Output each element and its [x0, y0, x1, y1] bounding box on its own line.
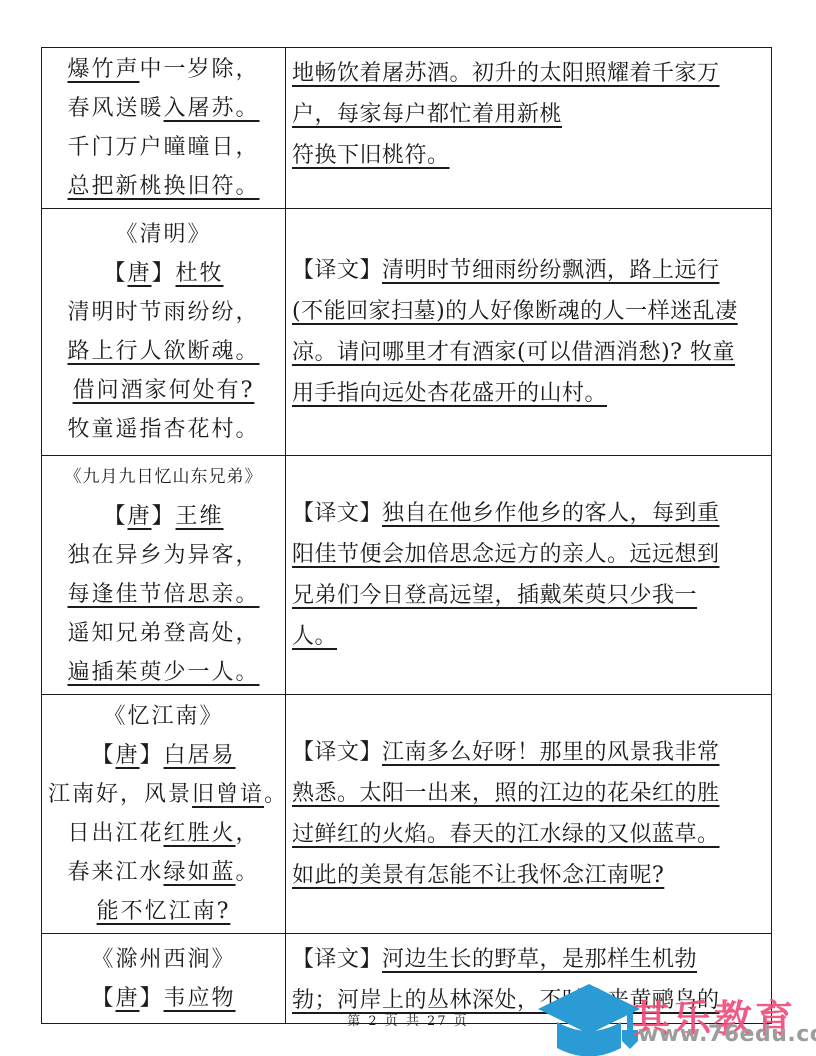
text-run: 《忆江南》: [103, 704, 223, 729]
poem-line: 路上行人欲断魂。: [48, 332, 279, 371]
text-run: 。: [236, 860, 260, 885]
poem-line: 【唐】王维: [48, 497, 279, 536]
table-row: 《忆江南》【唐】白居易江南好，风景旧曾谙。日出江花红胜火，春来江水绿如蓝。能不忆…: [42, 695, 772, 934]
translation-line: 阳佳节便会加倍思念远方的亲人。远远想到: [292, 534, 765, 575]
underlined-answer-text: 唐: [115, 743, 139, 768]
poem-line: 牧童遥指杏花村。: [48, 410, 279, 449]
translation-line: 【译文】清明时节细雨纷纷飘洒，路上远行: [292, 250, 765, 291]
text-run: 春风送暖: [67, 96, 163, 121]
translation-line: (不能回家扫墓)的人好像断魂的人一样迷乱凄: [292, 291, 765, 332]
text-run: 。: [264, 782, 285, 807]
poem-cell: 《忆江南》【唐】白居易江南好，风景旧曾谙。日出江花红胜火，春来江水绿如蓝。能不忆…: [42, 695, 286, 934]
underlined-answer-text: 遍插茱萸少一人。: [67, 660, 259, 685]
translation-line: 过鲜红的火焰。春天的江水绿的又似蓝草。: [292, 814, 765, 855]
underlined-answer-text: 江南多么好呀！那里的风景我非常: [382, 740, 720, 765]
text-run: 【: [91, 743, 115, 768]
underlined-answer-text: 熟悉。太阳一出来，照的江边的花朵红的胜: [292, 781, 720, 806]
poem-translation-table: 爆竹声中一岁除，春风送暖入屠苏。千门万户曈曈日，总把新桃换旧符。地畅饮着屠苏酒。…: [41, 47, 772, 1024]
document-page: 爆竹声中一岁除，春风送暖入屠苏。千门万户曈曈日，总把新桃换旧符。地畅饮着屠苏酒。…: [0, 0, 816, 1056]
underlined-answer-text: 唐: [115, 986, 139, 1011]
poem-line: 《滁州西涧》: [48, 940, 279, 979]
translation-cell: 【译文】江南多么好呀！那里的风景我非常熟悉。太阳一出来，照的江边的花朵红的胜过鲜…: [286, 695, 772, 934]
translation-line: 户，每家每户都忙着用新桃: [292, 94, 765, 135]
table-row: 《清明》【唐】杜牧清明时节雨纷纷，路上行人欲断魂。借问酒家何处有?牧童遥指杏花村…: [42, 209, 772, 456]
text-run: 独在异乡为异客，: [67, 543, 259, 568]
underlined-answer-text: 阳佳节便会加倍思念远方的亲人。远远想到: [292, 542, 720, 567]
poem-cell: 《九月九日忆山东兄弟》【唐】王维独在异乡为异客，每逢佳节倍思亲。遥知兄弟登高处，…: [42, 456, 286, 695]
translation-line: 用手指向远处杏花盛开的山村。: [292, 373, 765, 414]
table-row: 《九月九日忆山东兄弟》【唐】王维独在异乡为异客，每逢佳节倍思亲。遥知兄弟登高处，…: [42, 456, 772, 695]
text-run: 【: [103, 261, 127, 286]
text-run: 】: [140, 743, 164, 768]
text-run: 】: [140, 986, 164, 1011]
underlined-answer-text: 每逢佳节倍思亲。: [67, 582, 259, 607]
text-run: 【: [91, 986, 115, 1011]
poem-line: 清明时节雨纷纷，: [48, 293, 279, 332]
underlined-answer-text: (不能回家扫墓)的人好像断魂的人一样迷乱凄: [292, 299, 738, 324]
underlined-answer-text: 韦应物: [164, 986, 236, 1011]
text-run: 中一岁除，: [140, 57, 260, 82]
translation-line: 如此的美景有怎能不让我怀念江南呢?: [292, 855, 765, 896]
poem-line: 春风送暖入屠苏。: [48, 89, 279, 128]
translation-line: 地畅饮着屠苏酒。初升的太阳照耀着千家万: [292, 53, 765, 94]
poem-line: 遥知兄弟登高处，: [48, 614, 279, 653]
poem-line: 独在异乡为异客，: [48, 536, 279, 575]
poem-line: 《清明》: [48, 215, 279, 254]
underlined-answer-text: 符换下旧桃符。: [292, 143, 450, 168]
underlined-answer-text: 河边生长的野草，是那样生机勃: [382, 947, 697, 972]
translation-line: 熟悉。太阳一出来，照的江边的花朵红的胜: [292, 773, 765, 814]
underlined-answer-text: 独自在他乡作他乡的客人，每到重: [382, 501, 720, 526]
translation-line: 【译文】江南多么好呀！那里的风景我非常: [292, 732, 765, 773]
underlined-answer-text: 旧曾谙: [192, 782, 264, 807]
translation-line: 凉。请问哪里才有酒家(可以借酒消愁)? 牧童: [292, 332, 765, 373]
text-run: 春来江水: [67, 860, 163, 885]
text-run: 日出江花: [67, 821, 163, 846]
text-run: 《清明》: [115, 222, 211, 247]
poem-line: 江南好，风景旧曾谙。: [48, 775, 279, 814]
underlined-answer-text: 杜牧: [176, 261, 224, 286]
poem-line: 遍插茱萸少一人。: [48, 653, 279, 692]
underlined-answer-text: 用手指向远处杏花盛开的山村。: [292, 381, 607, 406]
text-run: 清明时节雨纷纷，: [67, 300, 259, 325]
page-number: 第 2 页 共 27 页: [0, 1010, 816, 1029]
underlined-answer-text: 借问酒家何处有?: [73, 378, 255, 403]
translation-cell: 【译文】独自在他乡作他乡的客人，每到重阳佳节便会加倍思念远方的亲人。远远想到兄弟…: [286, 456, 772, 695]
text-run: 【译文】: [292, 501, 382, 526]
underlined-answer-text: 红胜火: [163, 821, 235, 846]
text-run: 【译文】: [292, 258, 382, 283]
underlined-answer-text: 兄弟们今日登高远望，插戴茱萸只少我一: [292, 583, 697, 608]
poem-line: 借问酒家何处有?: [48, 371, 279, 410]
underlined-answer-text: 人。: [292, 624, 337, 649]
underlined-answer-text: 过鲜红的火焰。春天的江水绿的又似蓝草。: [292, 822, 720, 847]
underlined-answer-text: 户，每家每户都忙着用新桃: [292, 102, 562, 127]
translation-line: 兄弟们今日登高远望，插戴茱萸只少我一: [292, 575, 765, 616]
text-run: 《九月九日忆山东兄弟》: [65, 467, 263, 487]
underlined-answer-text: 白居易: [164, 743, 236, 768]
text-run: 千门万户曈曈日，: [67, 135, 259, 160]
text-run: 《滁州西涧》: [91, 947, 235, 972]
translation-cell: 【译文】清明时节细雨纷纷飘洒，路上远行(不能回家扫墓)的人好像断魂的人一样迷乱凄…: [286, 209, 772, 456]
table-row: 爆竹声中一岁除，春风送暖入屠苏。千门万户曈曈日，总把新桃换旧符。地畅饮着屠苏酒。…: [42, 48, 772, 209]
translation-line: 人。: [292, 616, 765, 657]
underlined-answer-text: 凉。请问哪里才有酒家(可以借酒消愁)? 牧童: [292, 340, 735, 365]
poem-line: 【唐】杜牧: [48, 254, 279, 293]
poem-cell: 爆竹声中一岁除，春风送暖入屠苏。千门万户曈曈日，总把新桃换旧符。: [42, 48, 286, 209]
poem-line: 爆竹声中一岁除，: [48, 50, 279, 89]
text-run: 牧童遥指杏花村。: [67, 417, 259, 442]
poem-line: 春来江水绿如蓝。: [48, 853, 279, 892]
text-run: 江南好，风景: [48, 782, 192, 807]
poem-line: 能不忆江南?: [48, 892, 279, 931]
poem-line: 【唐】白居易: [48, 736, 279, 775]
underlined-answer-text: 王维: [176, 504, 224, 529]
text-run: 【译文】: [292, 740, 382, 765]
underlined-answer-text: 入屠苏。: [164, 96, 260, 121]
underlined-answer-text: 路上行人欲断魂。: [67, 339, 259, 364]
underlined-answer-text: 唐: [127, 261, 151, 286]
translation-line: 符换下旧桃符。: [292, 135, 765, 176]
translation-line: 【译文】河边生长的野草，是那样生机勃: [292, 939, 765, 980]
poem-line: 《九月九日忆山东兄弟》: [48, 458, 279, 497]
translation-cell: 地畅饮着屠苏酒。初升的太阳照耀着千家万户，每家每户都忙着用新桃符换下旧桃符。: [286, 48, 772, 209]
text-run: 】: [152, 261, 176, 286]
underlined-answer-text: 爆竹声: [67, 57, 139, 82]
text-run: 【: [103, 504, 127, 529]
poem-line: 日出江花红胜火，: [48, 814, 279, 853]
underlined-answer-text: 绿如蓝: [163, 860, 235, 885]
poem-line: 总把新桃换旧符。: [48, 167, 279, 206]
poem-line: 每逢佳节倍思亲。: [48, 575, 279, 614]
translation-line: 【译文】独自在他乡作他乡的客人，每到重: [292, 493, 765, 534]
text-run: 【译文】: [292, 947, 382, 972]
underlined-answer-text: 唐: [127, 504, 151, 529]
text-run: 】: [152, 504, 176, 529]
underlined-answer-text: 能不忆江南?: [97, 899, 231, 924]
underlined-answer-text: 总把新桃换旧符。: [67, 174, 259, 199]
underlined-answer-text: 清明时节细雨纷纷飘洒，路上远行: [382, 258, 720, 283]
poem-line: 千门万户曈曈日，: [48, 128, 279, 167]
poem-cell: 《清明》【唐】杜牧清明时节雨纷纷，路上行人欲断魂。借问酒家何处有?牧童遥指杏花村…: [42, 209, 286, 456]
underlined-answer-text: 地畅饮着屠苏酒。初升的太阳照耀着千家万: [292, 61, 720, 86]
text-run: ，: [236, 821, 260, 846]
text-run: 遥知兄弟登高处，: [67, 621, 259, 646]
poem-line: 《忆江南》: [48, 697, 279, 736]
underlined-answer-text: 如此的美景有怎能不让我怀念江南呢?: [292, 863, 664, 888]
